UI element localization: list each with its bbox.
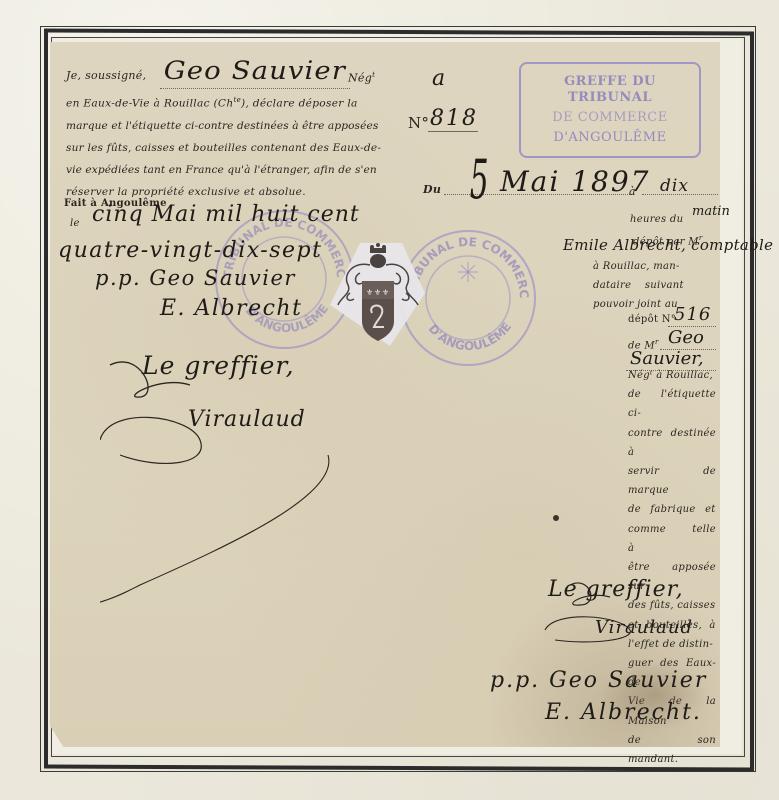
hour-handwritten: dix <box>660 176 689 196</box>
registry-text-line: Négᵗ à Rouillac, <box>628 366 716 385</box>
svg-text:⚜: ⚜ <box>366 288 373 297</box>
depositor-handwritten: Emile Albrecht, comptable <box>563 236 773 254</box>
le-label: le <box>70 214 80 234</box>
registry-number: 818 <box>430 106 478 131</box>
coat-of-arms-icon: ⚜ ⚜ ⚜ <box>330 243 425 346</box>
depositor-signature-line-1: p.p. Geo Sauvier <box>490 668 707 693</box>
registry-text-line: servir de marque <box>628 462 716 500</box>
line-1-text: en Eaux-de-Vie à Rouillac (Ch <box>66 98 233 110</box>
du-label: Du <box>423 180 441 200</box>
registry-text-line: à Rouillac, man- <box>593 257 703 276</box>
declaration-intro: Je, soussigné, <box>66 66 146 86</box>
stamp-line-1: GREFFE DU TRIBUNAL <box>521 74 699 106</box>
profession-text: Nég <box>348 72 372 85</box>
svg-text:D'ANGOULÊME: D'ANGOULÊME <box>426 320 515 353</box>
registry-stamp: GREFFE DU TRIBUNAL DE COMMERCE D'ANGOULÊ… <box>519 62 701 158</box>
declaration-body: en Eaux-de-Vie à Rouillac (Chte), déclar… <box>66 89 384 203</box>
declaration-line-2: marque et l'étiquette ci-contre destinée… <box>66 115 384 137</box>
declaration-line-3: sur les fûts, caisses et bouteilles cont… <box>66 137 384 159</box>
de-mr-sup: r <box>655 338 659 346</box>
signature-pp-handwritten: p.p. Geo Sauvier <box>95 266 296 290</box>
stamp-line-3: D'ANGOULÊME <box>521 130 699 146</box>
greffier-right-name: Viraulaud <box>595 617 693 638</box>
month-year-handwritten: Mai 1897 <box>500 165 650 198</box>
registry-text-line: de l'étiquette ci- <box>628 385 716 423</box>
declaration-line-1: en Eaux-de-Vie à Rouillac (Chte), déclar… <box>66 89 384 115</box>
registry-text-line: de son mandant. <box>628 731 716 769</box>
date-handwritten-line-2: quatre-vingt-dix-sept <box>58 238 322 263</box>
registry-annotation: a <box>432 66 445 91</box>
registry-text-line: de fabrique et <box>628 500 716 519</box>
depot-no-handwritten: 516 <box>674 304 711 325</box>
registry-text-line: contre destinée à <box>628 424 716 462</box>
signature-albrecht-handwritten: E. Albrecht <box>160 296 302 321</box>
greffier-left-title: Le greffier, <box>142 351 295 380</box>
profession-label: Négt <box>348 66 375 88</box>
profession-sup: t <box>372 71 375 79</box>
time-of-day-handwritten: matin <box>692 204 730 219</box>
mandant-first-handwritten: Geo <box>668 327 704 348</box>
number-underline <box>428 131 478 132</box>
a-label: à <box>629 182 636 202</box>
registry-text-line: comme telle à <box>628 520 716 558</box>
svg-text:⚜: ⚜ <box>374 288 381 297</box>
depositor-signature-line-2: E. Albrecht. <box>545 700 702 725</box>
greffier-signature-right: Le greffier, Viraulaud <box>540 575 720 655</box>
ink-spot <box>553 515 559 521</box>
heures-label: heures du <box>630 210 683 230</box>
declaration-line-4: vie expédiées tant en France qu'à l'étra… <box>66 159 384 181</box>
declarant-name-handwritten: Geo Sauvier <box>164 56 346 85</box>
greffier-left-name: Viraulaud <box>188 407 306 432</box>
svg-text:⚜: ⚜ <box>382 288 389 297</box>
greffier-signature-left: Le greffier, Viraulaud <box>100 345 340 615</box>
stamp-line-2: DE COMMERCE <box>521 110 699 126</box>
number-label: N° <box>408 114 429 134</box>
date-handwritten-line-1: cinq Mai mil huit cent <box>92 202 360 227</box>
intro-text: Je, soussigné, <box>66 69 146 82</box>
line-1-tail: ), déclare déposer la <box>241 98 358 110</box>
greffier-right-title: Le greffier, <box>548 577 684 602</box>
line-1-sup: te <box>233 96 241 104</box>
registry-text-line: dataire suivant <box>593 276 703 295</box>
day-handwritten: 5 <box>470 148 489 211</box>
